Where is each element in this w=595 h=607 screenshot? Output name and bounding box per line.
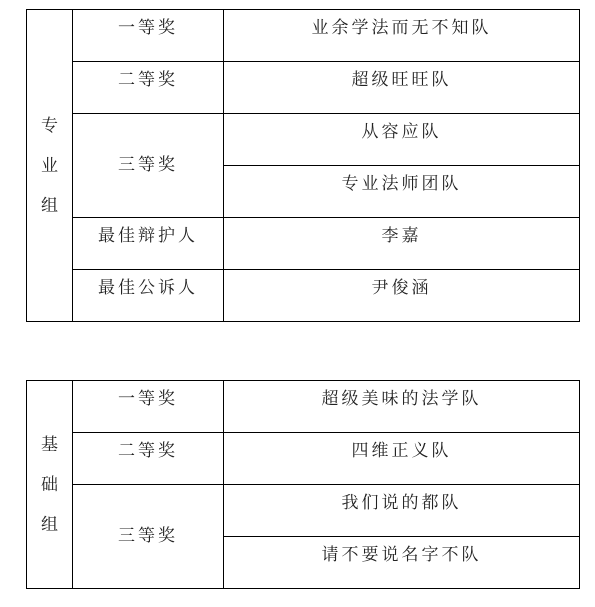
winner-cell: 我们说的都队 xyxy=(224,485,580,537)
prize-first: 一等奖 xyxy=(73,10,224,62)
group-label: 基础组 xyxy=(40,425,60,545)
prize-second: 二等奖 xyxy=(73,62,224,114)
prize-third: 三等奖 xyxy=(73,485,224,589)
prize-second: 二等奖 xyxy=(73,433,224,485)
professional-group-awards-table: 专业组 一等奖 业余学法而无不知队 二等奖 超级旺旺队 三等奖 从容应队 专业法… xyxy=(26,9,580,322)
winner-cell: 业余学法而无不知队 xyxy=(224,10,580,62)
prize-best-prosecutor: 最佳公诉人 xyxy=(73,270,224,322)
prize-third: 三等奖 xyxy=(73,114,224,218)
winner-cell: 尹俊涵 xyxy=(224,270,580,322)
basic-group-awards-table: 基础组 一等奖 超级美味的法学队 二等奖 四维正义队 三等奖 我们说的都队 请不… xyxy=(26,380,580,589)
prize-best-defender: 最佳辩护人 xyxy=(73,218,224,270)
group-label: 专业组 xyxy=(40,106,60,226)
prize-first: 一等奖 xyxy=(73,381,224,433)
winner-cell: 四维正义队 xyxy=(224,433,580,485)
group-label-cell: 基础组 xyxy=(27,381,73,589)
winner-cell: 超级旺旺队 xyxy=(224,62,580,114)
group-label-cell: 专业组 xyxy=(27,10,73,322)
winner-cell: 专业法师团队 xyxy=(224,166,580,218)
winner-cell: 超级美味的法学队 xyxy=(224,381,580,433)
winner-cell: 从容应队 xyxy=(224,114,580,166)
winner-cell: 请不要说名字不队 xyxy=(224,537,580,589)
winner-cell: 李嘉 xyxy=(224,218,580,270)
